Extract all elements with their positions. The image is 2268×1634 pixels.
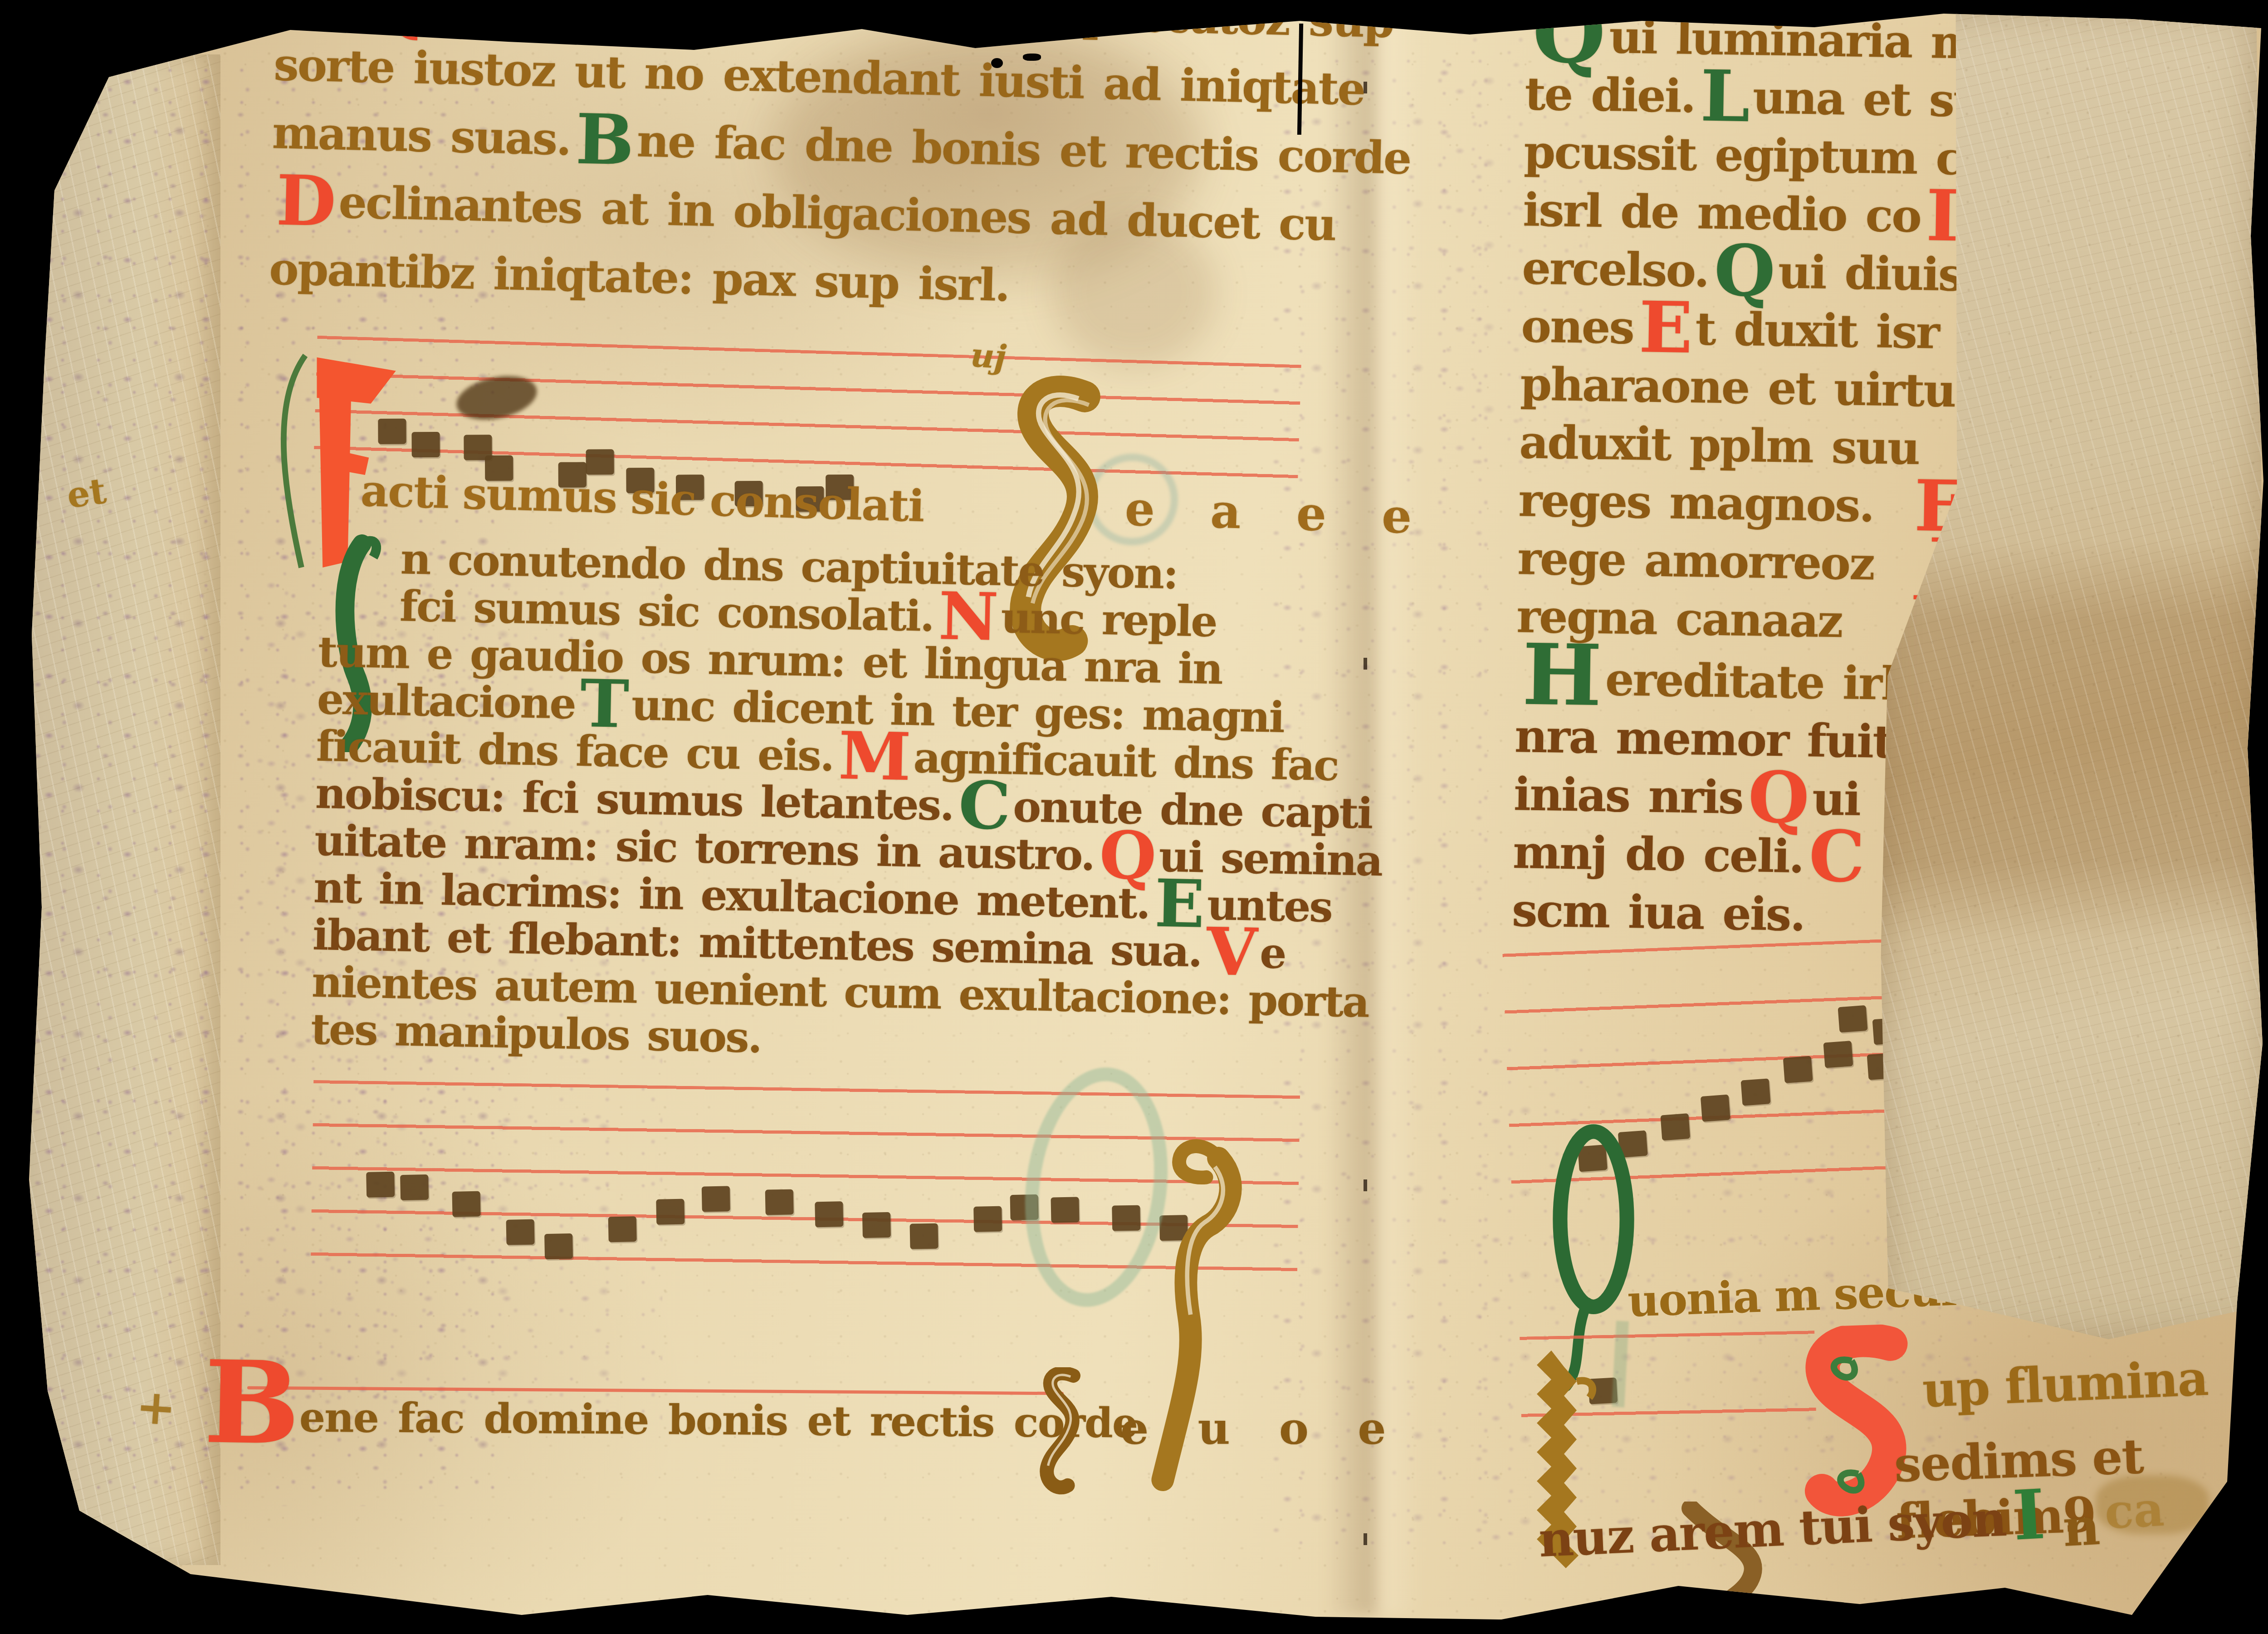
verse-text: ene fac domine bonis et rectis corde bbox=[299, 1394, 1138, 1448]
stitch-mark bbox=[1364, 1179, 1367, 1191]
line-text: pharaone et uirtu bbox=[1520, 357, 1955, 417]
line-text: t duxit isr bbox=[1695, 302, 1939, 359]
neume-note bbox=[702, 1186, 730, 1212]
neume-note bbox=[862, 1212, 891, 1238]
manuscript-photo: umQuia no relinqt dns uirgam peccatoz su… bbox=[0, 0, 2268, 1634]
line-text: nra memor fuit bbox=[1514, 709, 1892, 768]
text-line: reges magnos.E bbox=[1518, 471, 1968, 536]
ornate-S-euouae bbox=[1021, 1367, 1100, 1508]
line-text: unc reple bbox=[1001, 593, 1217, 646]
neume-note bbox=[1660, 1113, 1690, 1140]
line-text: opantibz iniqtate: pax sup isrl. bbox=[269, 243, 1010, 312]
left-folded-edge bbox=[30, 54, 220, 1565]
line-text: mnj do celi. bbox=[1512, 825, 1804, 883]
versal-initial: D bbox=[275, 160, 336, 242]
text-line: te diei.Luna et st bbox=[1525, 64, 1975, 130]
neume-note bbox=[815, 1201, 843, 1227]
ink-dot bbox=[991, 58, 1003, 68]
line-text: e bbox=[1259, 928, 1286, 978]
text-line: aduxit pplm suu bbox=[1519, 413, 1969, 478]
neume-note bbox=[366, 1172, 395, 1198]
margin-mark-et: et bbox=[64, 470, 108, 516]
neume-note bbox=[910, 1223, 938, 1249]
line-text: te diei. bbox=[1525, 67, 1696, 123]
neume-note bbox=[452, 1191, 480, 1217]
bottom-line-text: nuz arem tui syon bbox=[1538, 1490, 2007, 1568]
text-line: pharaone et uirtu bbox=[1520, 355, 1970, 420]
line-text: reges magnos. bbox=[1518, 473, 1874, 532]
line-text: una et st bbox=[1752, 70, 1973, 127]
neume-note bbox=[411, 432, 440, 457]
damaged-text: ca bbox=[2103, 1481, 2165, 1540]
neume-note bbox=[765, 1189, 794, 1215]
stitch-mark bbox=[1364, 1533, 1367, 1545]
text-line: pcussit egiptum c bbox=[1524, 122, 1974, 188]
line-text: uia no relinqt dns uirgam peccatoz sup bbox=[435, 0, 1394, 48]
initial-B-red: B bbox=[203, 1351, 301, 1455]
neume-note bbox=[544, 1233, 573, 1259]
initial-I-green-small: I bbox=[2011, 1474, 2047, 1556]
text-line: Qui luminaria ma bbox=[1525, 3, 1975, 71]
line-text: ui diuisit bbox=[1778, 245, 1975, 302]
tall-gold-initial-flourish bbox=[1145, 1101, 1250, 1528]
line-text: aduxit pplm suu bbox=[1519, 415, 1920, 475]
stitch-mark bbox=[1364, 82, 1367, 93]
left-text-block-psalm124: umQuia no relinqt dns uirgam peccatoz su… bbox=[269, 0, 1464, 330]
neume-note bbox=[1741, 1078, 1771, 1106]
neume-note bbox=[656, 1199, 684, 1225]
text-line: ercelso.Qui diuisit bbox=[1522, 239, 1972, 304]
left-text-block-psalm125: n conutendo dns captiuitate syon: fci su… bbox=[310, 534, 1508, 1076]
euouae-letters: e a e e bbox=[1124, 480, 1413, 544]
line-text: manus suas. bbox=[272, 107, 571, 166]
neume-note bbox=[1823, 1041, 1853, 1068]
euouae-letters: e u o e bbox=[1120, 1403, 1386, 1455]
neume-note bbox=[1838, 1005, 1868, 1032]
neume-note bbox=[400, 1174, 429, 1200]
custos-mark: uj bbox=[969, 335, 1007, 376]
line-text: scm iua eis. bbox=[1511, 883, 1805, 941]
line-text: exultacione bbox=[317, 674, 576, 729]
margin-cross-mark: + bbox=[134, 1378, 178, 1437]
text-line: rege amorreozE bbox=[1517, 529, 1967, 594]
line-text: um bbox=[275, 0, 353, 24]
line-text: ones bbox=[1521, 299, 1634, 354]
stitch-mark bbox=[1364, 658, 1367, 670]
versal-initial: C bbox=[1808, 815, 1864, 899]
parchment-bifolium: umQuia no relinqt dns uirgam peccatoz su… bbox=[0, 0, 2268, 1634]
line-text: ne fac dne bonis et rectis corde bbox=[636, 115, 1411, 185]
neume-note bbox=[973, 1206, 1002, 1232]
line-text: inias nris bbox=[1513, 767, 1743, 824]
line-text: pcussit egiptum c bbox=[1524, 125, 1963, 185]
line-text: ui luminaria ma bbox=[1609, 10, 1975, 70]
line-text: tes manipulos suos. bbox=[310, 1004, 762, 1062]
neume-note bbox=[506, 1219, 535, 1245]
neume-note bbox=[1701, 1095, 1730, 1122]
line-text: rege amorreoz bbox=[1517, 531, 1874, 590]
text-line: onesEt duxit isr bbox=[1521, 297, 1971, 362]
ink-dot bbox=[1023, 54, 1041, 61]
versal-initial: B bbox=[575, 98, 634, 181]
neume-note bbox=[608, 1216, 637, 1242]
neume-note bbox=[1783, 1056, 1813, 1083]
super-flumina-line1: up flumina bbox=[1921, 1350, 2209, 1418]
